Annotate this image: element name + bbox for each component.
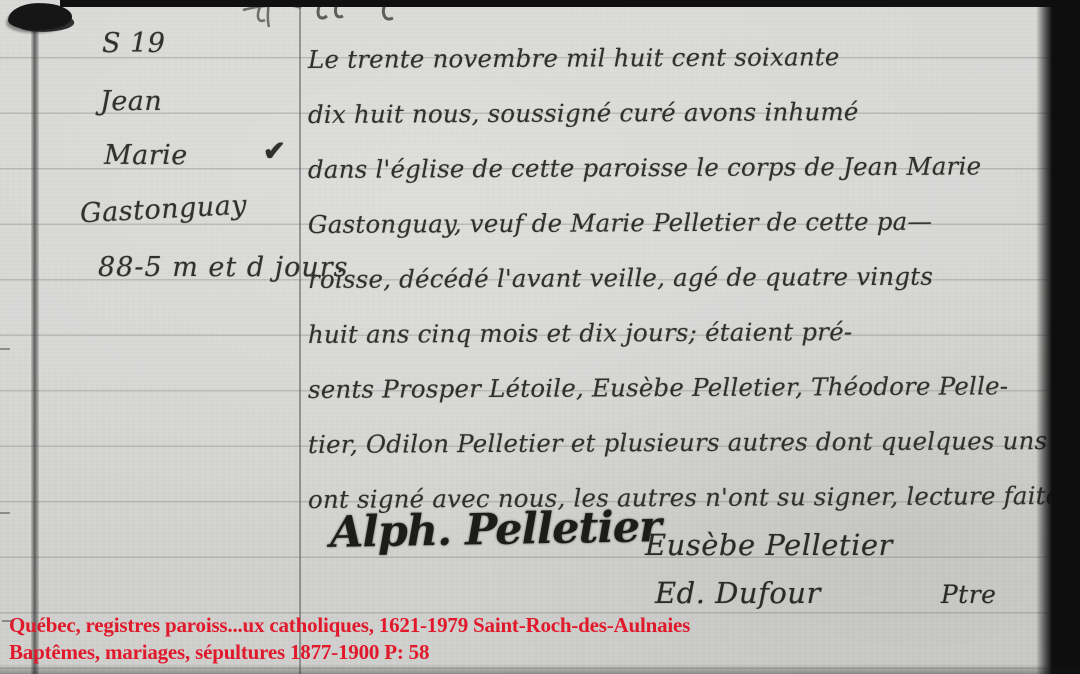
handwritten-line: dans l'église de cette paroisse le corps… — [308, 138, 1052, 197]
priest-title-abbreviation: Ptre — [941, 580, 997, 609]
citation-line-2: Baptêmes, mariages, sépultures 1877-1900… — [9, 639, 690, 666]
handwritten-line: Le trente novembre mil huit cent soixant… — [308, 28, 1052, 87]
signature-priest: Ed. DufourPtre — [655, 576, 996, 610]
scan-edge-right — [1036, 0, 1080, 674]
scan-edge-top — [60, 0, 1080, 7]
register-page-scan: S 19 Jean Marie ✔ Gastonguay 88-5 m et d… — [0, 0, 1080, 674]
burial-act-text: Le trente novembre mil huit cent soixant… — [308, 30, 1052, 525]
handwritten-line: tier, Odilon Pelletier et plusieurs autr… — [308, 413, 1052, 472]
deceased-middle-name: Marie — [104, 140, 188, 171]
deceased-first-name: Jean — [100, 86, 162, 117]
handwritten-line: Gastonguay, veuf de Marie Pelletier de c… — [308, 193, 1052, 252]
archive-citation-overlay: Québec, registres paroiss...ux catholiqu… — [9, 612, 690, 666]
column-divider-line — [299, 0, 301, 674]
handwritten-line: roisse, décédé l'avant veille, agé de qu… — [308, 248, 1052, 307]
citation-line-1: Québec, registres paroiss...ux catholiqu… — [9, 612, 690, 639]
signature-witness-1: Alph. Pelletier — [330, 502, 662, 558]
scan-edge-bottom — [0, 664, 1080, 674]
signature-witness-2: Eusèbe Pelletier — [645, 528, 893, 562]
binding-tape-line — [31, 26, 39, 674]
handwritten-line: dix huit nous, soussigné curé avons inhu… — [308, 83, 1052, 142]
signature-priest-name: Ed. Dufour — [655, 576, 821, 610]
checkmark-icon: ✔ — [263, 136, 286, 167]
handwritten-line: sents Prosper Létoile, Eusèbe Pelletier,… — [308, 358, 1052, 417]
entry-number: S 19 — [102, 28, 165, 59]
handwritten-line: huit ans cinq mois et dix jours; étaient… — [308, 303, 1052, 362]
